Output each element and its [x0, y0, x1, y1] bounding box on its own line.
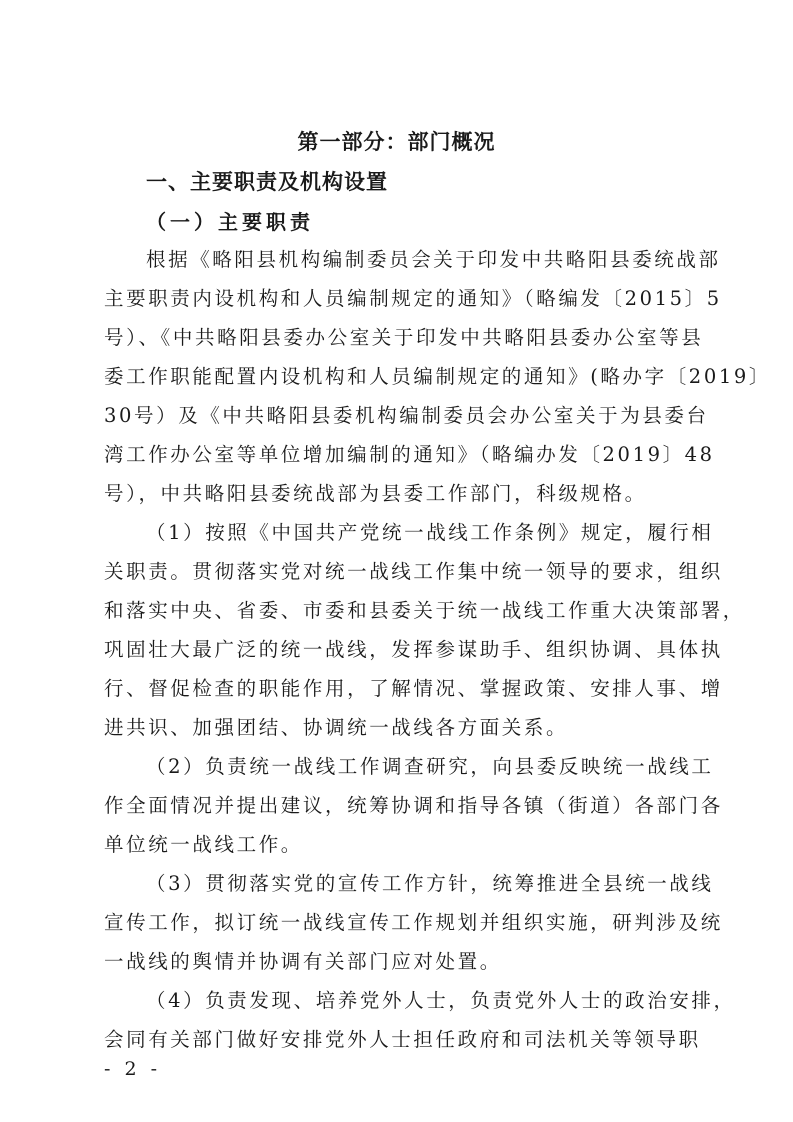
- section-heading: 一、主要职责及机构设置: [146, 166, 388, 196]
- body-line: 一战线的舆情并协调有关部门应对处置。: [104, 946, 694, 974]
- body-line: 作全面情况并提出建议，统筹协调和指导各镇（街道）各部门各: [104, 790, 694, 818]
- body-line: （4）负责发现、培养党外人士，负责党外人士的政治安排，: [146, 985, 694, 1013]
- body-line: 单位统一战线工作。: [104, 829, 694, 857]
- body-line: 关职责。贯彻落实党对统一战线工作集中统一领导的要求，组织: [104, 556, 694, 584]
- body-line: （3）贯彻落实党的宣传工作方针，统筹推进全县统一战线: [146, 868, 694, 896]
- body-line: 进共识、加强团结、协调统一战线各方面关系。: [104, 712, 694, 740]
- body-line: 号），中共略阳县委统战部为县委工作部门，科级规格。: [104, 478, 694, 506]
- body-line: （1）按照《中国共产党统一战线工作条例》规定，履行相: [146, 517, 694, 545]
- body-line: （2）负责统一战线工作调查研究，向县委反映统一战线工: [146, 751, 694, 779]
- body-line: 根据《略阳县机构编制委员会关于印发中共略阳县委统战部: [146, 244, 694, 272]
- body-line: 宣传工作，拟订统一战线宣传工作规划并组织实施，研判涉及统: [104, 907, 694, 935]
- page-title: 第一部分：部门概况: [0, 126, 793, 156]
- body-line: 30号）及《中共略阳县委机构编制委员会办公室关于为县委台: [104, 400, 694, 428]
- body-line: 主要职责内设机构和人员编制规定的通知》（略编发〔2015〕5: [104, 283, 694, 311]
- body-line: 委工作职能配置内设机构和人员编制规定的通知》(略办字〔2019〕: [104, 361, 694, 389]
- document-page: 第一部分：部门概况 一、主要职责及机构设置 （一）主要职责 根据《略阳县机构编制…: [0, 0, 793, 1122]
- body-line: 巩固壮大最广泛的统一战线，发挥参谋助手、组织协调、具体执: [104, 634, 694, 662]
- page-number: - 2 -: [104, 1058, 161, 1080]
- body-line: 行、督促检查的职能作用，了解情况、掌握政策、安排人事、增: [104, 673, 694, 701]
- body-line: 号）、《中共略阳县委办公室关于印发中共略阳县委办公室等县: [104, 322, 694, 350]
- body-line: 和落实中央、省委、市委和县委关于统一战线工作重大决策部署，: [104, 595, 694, 623]
- body-line: 会同有关部门做好安排党外人士担任政府和司法机关等领导职: [104, 1024, 694, 1052]
- subsection-heading: （一）主要职责: [146, 206, 314, 235]
- body-line: 湾工作办公室等单位增加编制的通知》（略编办发〔2019〕48: [104, 439, 694, 467]
